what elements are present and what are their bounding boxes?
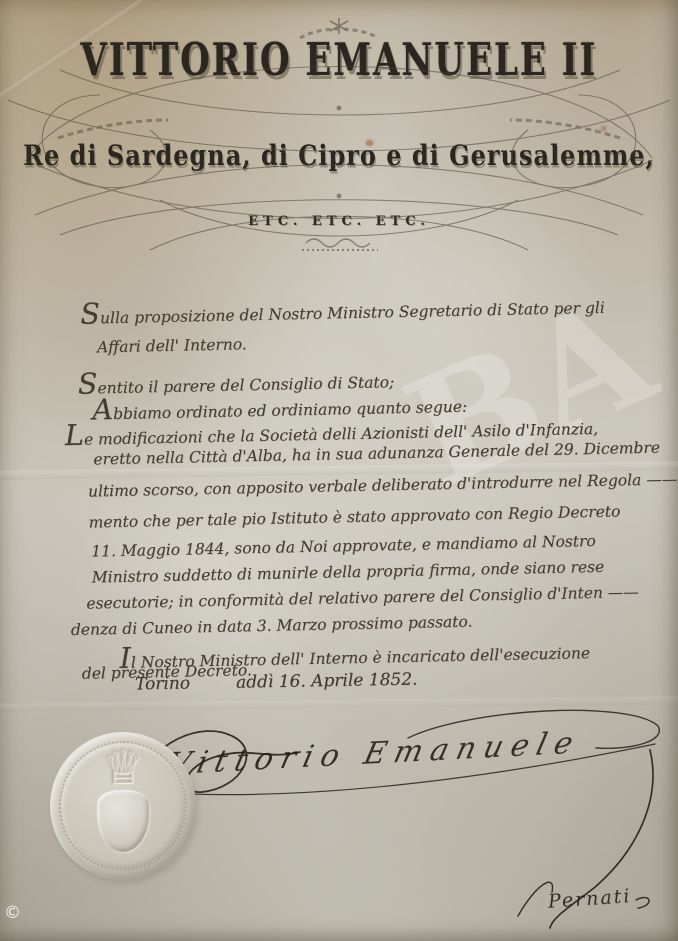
royal-styles-line: Re di Sardegna, di Cipro e di Gerusalemm…: [0, 138, 678, 172]
dateline-date: addì 16. Aprile 1852.: [236, 670, 418, 693]
dateline-place: Torino: [135, 674, 190, 695]
royal-signature: Vittorio Emanuele: [164, 721, 672, 783]
embossed-royal-seal: ♕: [50, 732, 196, 880]
right-feather-sprig: [510, 120, 620, 138]
crown-icon: ♕: [50, 740, 196, 794]
manuscript-line: esecutorie; in conformità del relativo p…: [86, 585, 639, 612]
paper-crease: [0, 696, 678, 711]
top-star: [330, 18, 348, 34]
manuscript-line: denza di Cuneo in data 3. Marzo prossimo…: [71, 615, 473, 639]
countersignature: Pernati: [547, 885, 632, 913]
fox-spot: [601, 126, 606, 131]
manuscript-line: Affari dell' Interno.: [97, 337, 247, 356]
dateline: Torinoaddì 16. Aprile 1852.: [135, 670, 418, 695]
manuscript-line: 11. Maggio 1844, sono da Noi approvate, …: [91, 534, 596, 560]
manuscript-line: mento che per tale pio Istituto è stato …: [89, 504, 621, 531]
etc-line: ETC. ETC. ETC.: [0, 214, 678, 229]
copyright-mark: ©: [4, 903, 21, 923]
manuscript-body: Sulla proposizione del Nostro Ministro S…: [56, 282, 654, 694]
manuscript-line: Ministro suddetto di munirle della propr…: [92, 560, 605, 586]
manuscript-line: ultimo scorso, con apposito verbale deli…: [88, 472, 678, 500]
manuscript-line: Sulla proposizione del Nostro Ministro S…: [80, 289, 605, 329]
document-photo: BA VITTORIO EMANUELE II Re di Sardegna, …: [0, 0, 678, 941]
etc-squiggle: [306, 239, 370, 247]
page-title: VITTORIO EMANUELE II: [0, 34, 678, 87]
left-feather-sprig: [58, 120, 168, 138]
